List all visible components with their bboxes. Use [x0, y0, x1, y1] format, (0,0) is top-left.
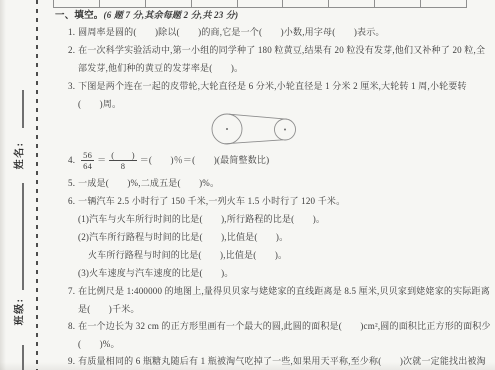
question-text: 一成是( )%,二成五是( )%。	[78, 178, 219, 188]
pulley-diagram	[193, 104, 321, 154]
margin-rule	[22, 345, 24, 370]
score-table-cell	[146, 0, 192, 7]
question-4: 4. 56 64 ＝ ( ) 8 ＝( )％＝( )(最简整数比)	[68, 150, 269, 171]
question-number: 4.	[68, 154, 75, 167]
question-text: (3)火车速度与汽车速度的比是( )。	[78, 268, 234, 278]
large-pulley-center-dot	[226, 128, 228, 130]
question-1: 1.圆周率是圆的( )除以( )的商,它是一个( )小数,用字母( )表示。	[68, 26, 385, 39]
question-6-sub1: (1)汽车与火车所行时间的比是( ),所行路程的比是( )。	[78, 213, 325, 226]
question-7-line1: 7.在比例尺是 1:400000 的地图上,量得贝贝家与姥姥家的直线距离是 8.…	[68, 285, 490, 298]
question-text: 部发芽,他们种的黄豆的发芽率是( )。	[78, 63, 243, 73]
score-table-cell	[375, 0, 421, 7]
fraction-blank-8: ( ) 8	[109, 150, 136, 171]
question-2-line1: 2.在一次科学实验活动中,第一小组的同学种了 180 粒黄豆,结果有 20 粒没…	[68, 44, 485, 57]
section-note: (6 题 7 分,其余每题 2 分,共 23 分)	[104, 10, 239, 20]
question-text: 在一个边长为 32 cm 的正方形里画有一个最大的圆,此圆的面积是( )cm²,…	[78, 321, 491, 331]
belt-bottom-line	[225, 140, 284, 144]
question-number: 3.	[68, 81, 75, 91]
question-6-sub3: (3)火车速度与汽车速度的比是( )。	[78, 267, 234, 280]
question-text: 下图是两个连在一起的皮带轮,大轮直径是 6 分米,小轮直径是 1 分米 2 厘米…	[78, 81, 467, 91]
question-2-line2: 部发芽,他们种的黄豆的发芽率是( )。	[78, 62, 243, 75]
question-number: 8.	[68, 321, 75, 331]
question-9: 9.有质量相同的 6 瓶糖丸随后有 1 瓶被淘气吃掉了一些,如果用天平称,至少称…	[68, 355, 486, 368]
question-text: (1)汽车与火车所行时间的比是( ),所行路程的比是( )。	[78, 214, 325, 224]
question-text: ( )周。	[78, 99, 121, 109]
question-text: (2)汽车所行路程与时间的比是( ),比值是( )。	[78, 232, 288, 242]
question-number: 7.	[68, 286, 75, 296]
question-text: 一辆汽车 2.5 小时行了 150 千米,一列火车 1.5 小时行了 120 千…	[78, 196, 345, 206]
question-text: 在比例尺是 1:400000 的地图上,量得贝贝家与姥姥家的直线距离是 8.5 …	[78, 286, 490, 296]
question-text: ＝( )％＝( )(最简整数比)	[140, 154, 270, 167]
small-pulley-center-dot	[284, 129, 286, 131]
section-title: 一、填空。	[55, 11, 104, 21]
margin-rule	[22, 90, 24, 128]
question-6-sub2-cont: 火车所行路程与时间的比是( ),比值是( )。	[88, 249, 287, 262]
class-label: 班级:	[11, 288, 26, 336]
score-table-cell	[100, 0, 146, 7]
score-table-cell	[192, 0, 238, 7]
question-5: 5.一成是( )%,二成五是( )%。	[68, 177, 219, 190]
question-number: 1.	[68, 27, 75, 37]
question-text: ( )%。	[78, 339, 120, 349]
fraction-denominator: 64	[81, 161, 94, 171]
question-text: 圆周率是圆的( )除以( )的商,它是一个( )小数,用字母( )表示。	[78, 27, 384, 37]
question-number: 2.	[68, 45, 75, 55]
question-number: 9.	[68, 356, 75, 366]
fraction-56-64: 56 64	[81, 150, 94, 171]
question-number: 5.	[68, 178, 75, 188]
fraction-denominator: 8	[119, 161, 127, 171]
question-8-line1: 8.在一个边长为 32 cm 的正方形里画有一个最大的圆,此圆的面积是( )cm…	[68, 320, 491, 333]
question-6-sub2: (2)汽车所行路程与时间的比是( ),比值是( )。	[78, 231, 288, 244]
question-7-line2: 是( )千米。	[78, 303, 140, 316]
score-table-cell	[329, 0, 375, 7]
score-table	[53, 0, 467, 8]
score-table-cell	[283, 0, 329, 7]
question-text: 是( )千米。	[78, 304, 140, 314]
question-text: 有质量相同的 6 瓶糖丸随后有 1 瓶被淘气吃掉了一些,如果用天平称,至少称( …	[78, 356, 486, 366]
question-8-line2: ( )%。	[78, 338, 120, 351]
equals-sign: ＝	[97, 154, 106, 167]
question-3-line2: ( )周。	[78, 98, 121, 111]
fold-dashed-line	[36, 0, 38, 370]
score-table-cell	[238, 0, 284, 7]
score-table-cell	[54, 0, 100, 7]
question-6: 6.一辆汽车 2.5 小时行了 150 千米,一列火车 1.5 小时行了 120…	[68, 195, 345, 208]
section-header: 一、填空。(6 题 7 分,其余每题 2 分,共 23 分)	[55, 9, 238, 23]
question-text: 火车所行路程与时间的比是( ),比值是( )。	[88, 250, 287, 260]
fraction-numerator: 56	[81, 150, 94, 161]
question-text: 在一次科学实验活动中,第一小组的同学种了 180 粒黄豆,结果有 20 粒没有发…	[78, 45, 485, 55]
student-name-label: 姓名:	[11, 132, 26, 180]
score-table-cell	[421, 0, 466, 7]
question-number: 6.	[68, 196, 75, 206]
exam-paper-page: 姓名: 班级: 一、填空。(6 题 7 分,其余每题 2 分,共 23 分) 1…	[0, 0, 495, 370]
question-3-line1: 3.下图是两个连在一起的皮带轮,大轮直径是 6 分米,小轮直径是 1 分米 2 …	[68, 80, 467, 93]
fraction-numerator: ( )	[109, 150, 136, 161]
margin-rule	[22, 183, 24, 290]
